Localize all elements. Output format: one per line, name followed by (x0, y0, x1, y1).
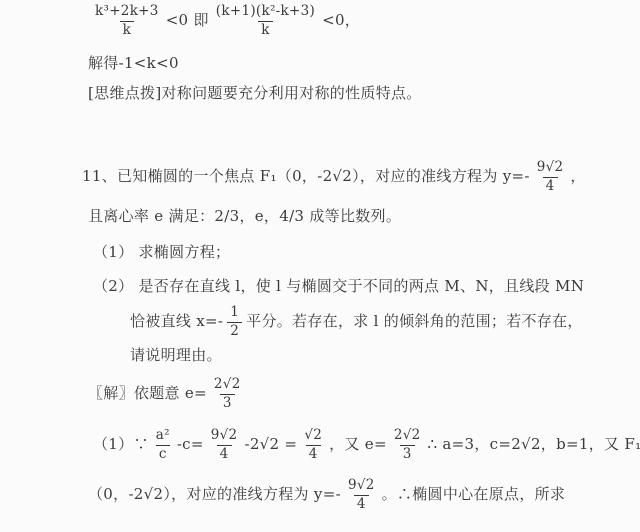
text-line-solve-result: 解得-1<k<0 (88, 54, 179, 74)
fraction: 1 2 (227, 305, 242, 339)
denominator: 4 (217, 445, 232, 463)
numerator: 9√2 (345, 478, 378, 495)
formula-text: <0 即 (166, 11, 209, 31)
fraction: √2 4 (301, 428, 325, 462)
problem-11-statement: 11、已知椭圆的一个焦点 F₁（0，-2√2），对应的准线方程为 y=- 9√2… (82, 160, 586, 194)
body-text: （2） 是否存在直线 l，使 l 与椭圆交于不同的两点 M、N，且线段 MN (93, 277, 584, 297)
fraction: 9√2 4 (345, 478, 378, 512)
formula-text: -c= (177, 435, 204, 455)
body-text: 解得-1<k<0 (88, 54, 179, 74)
denominator: c (156, 445, 170, 463)
fraction: k³+2k+3 k (92, 4, 162, 38)
denominator: k (258, 21, 272, 39)
solution-step-1: （1）∵ a² c -c= 9√2 4 -2√2 = √2 4 ，又 e= 2√… (93, 428, 640, 462)
denominator: 3 (400, 445, 415, 463)
formula-text: ，又 e= (329, 435, 387, 455)
numerator: 2√2 (211, 377, 244, 394)
formula-line-inequality: k³+2k+3 k <0 即 (k+1)(k²-k+3) k <0， (88, 4, 360, 38)
body-text: 平分。若存在，求 l 的倾斜角的范围；若不存在， (246, 312, 583, 332)
denominator: 4 (306, 445, 321, 463)
numerator: (k+1)(k²-k+3) (213, 4, 318, 21)
fraction: 2√2 3 (211, 377, 244, 411)
fraction: 2√2 3 (391, 428, 424, 462)
body-text: 恰被直线 x=- (130, 312, 223, 332)
question-2-line-1: （2） 是否存在直线 l，使 l 与椭圆交于不同的两点 M、N，且线段 MN (93, 277, 584, 297)
question-1: （1） 求椭圆方程； (93, 243, 230, 263)
solution-step-1-continued: （0，-2√2），对应的准线方程为 y=- 9√2 4 。∴椭圆中心在原点，所求 (88, 478, 565, 512)
numerator: 9√2 (208, 428, 241, 445)
fraction: 9√2 4 (534, 160, 567, 194)
numerator: k³+2k+3 (92, 4, 162, 21)
numerator: 9√2 (534, 160, 567, 177)
denominator: 4 (354, 495, 369, 513)
body-text: 且离心率 e 满足：2/3，e，4/3 成等比数列。 (88, 207, 401, 227)
question-2-line-2: 恰被直线 x=- 1 2 平分。若存在，求 l 的倾斜角的范围；若不存在， (130, 305, 583, 339)
text-line-thinking-tip: [思维点拨]对称问题要充分利用对称的性质特点。 (88, 84, 422, 104)
numerator: 1 (227, 305, 242, 322)
body-text: 11、已知椭圆的一个焦点 F₁（0，-2√2），对应的准线方程为 y=- (82, 167, 530, 187)
formula-text: （0，-2√2），对应的准线方程为 y=- (88, 485, 341, 505)
numerator: a² (153, 428, 173, 445)
body-text: ， (570, 167, 585, 187)
text-line-eccentricity: 且离心率 e 满足：2/3，e，4/3 成等比数列。 (88, 207, 401, 227)
math-document-page: k³+2k+3 k <0 即 (k+1)(k²-k+3) k <0， 解得-1<… (0, 0, 640, 532)
fraction: (k+1)(k²-k+3) k (213, 4, 318, 38)
body-text: 请说明理由。 (130, 346, 222, 366)
body-text: （1） 求椭圆方程； (93, 243, 230, 263)
denominator: k (120, 21, 134, 39)
formula-text: （1）∵ (93, 435, 149, 455)
formula-text: ∴ a=3，c=2√2，b=1，又 F₁ (428, 435, 640, 455)
formula-text: 。∴椭圆中心在原点，所求 (382, 485, 566, 505)
denominator: 2 (227, 322, 242, 340)
body-text: 〖解〗依题意 e= (88, 384, 207, 404)
denominator: 4 (543, 177, 558, 195)
denominator: 3 (220, 394, 235, 412)
numerator: 2√2 (391, 428, 424, 445)
fraction: a² c (153, 428, 173, 462)
solution-heading-line: 〖解〗依题意 e= 2√2 3 (88, 377, 248, 411)
fraction: 9√2 4 (208, 428, 241, 462)
body-text: [思维点拨]对称问题要充分利用对称的性质特点。 (88, 84, 422, 104)
question-2-line-3: 请说明理由。 (130, 346, 222, 366)
formula-text: <0， (322, 11, 360, 31)
formula-text: -2√2 = (244, 435, 297, 455)
numerator: √2 (301, 428, 325, 445)
